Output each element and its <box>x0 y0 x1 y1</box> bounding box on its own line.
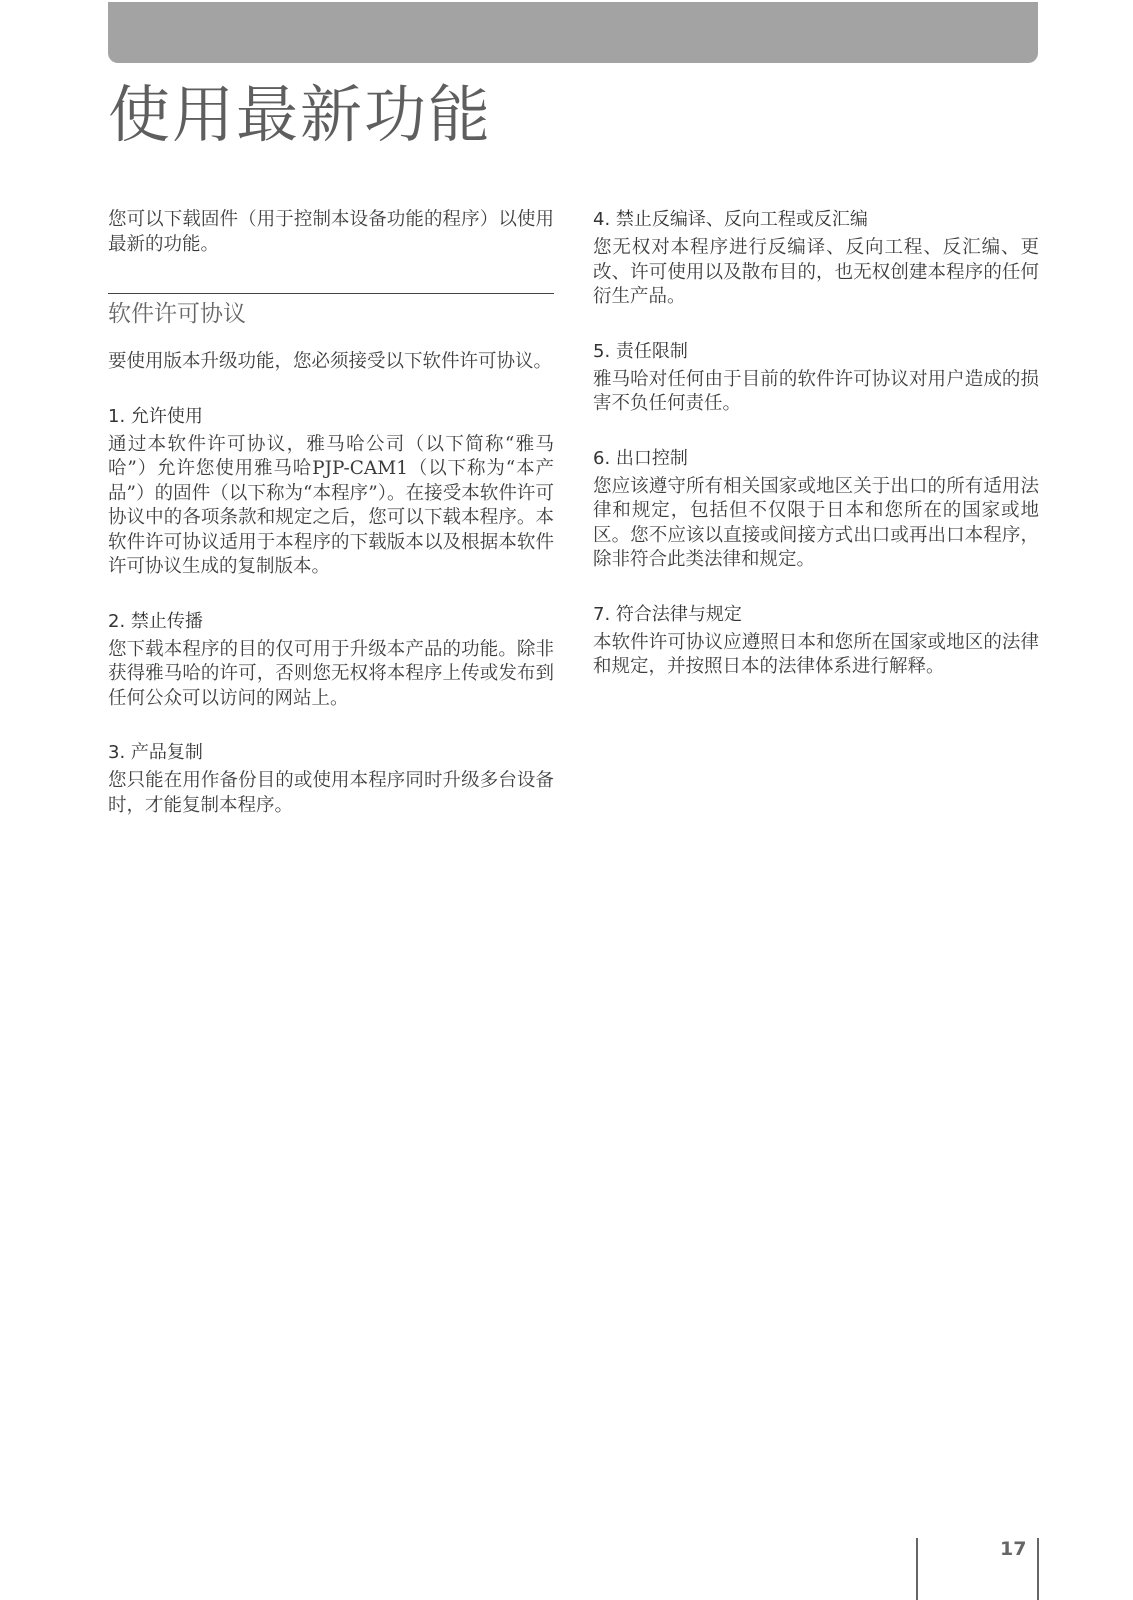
section-heading: 7. 符合法律与规定 <box>593 603 1039 627</box>
agreement-intro: 要使用版本升级功能，您必须接受以下软件许可协议。 <box>108 350 554 375</box>
section-permission: 1. 允许使用 通过本软件许可协议，雅马哈公司（以下简称“雅马哈”）允许您使用雅… <box>108 405 554 580</box>
page-title: 使用最新功能 <box>108 78 492 152</box>
section-heading: 5. 责任限制 <box>593 340 1039 364</box>
page-number: 17 <box>1000 1538 1026 1560</box>
section-heading: 4. 禁止反编译、反向工程或反汇编 <box>593 208 1039 232</box>
section-body: 雅马哈对任何由于目前的软件许可协议对用户造成的损害不负任何责任。 <box>593 368 1039 417</box>
header-bar <box>108 2 1038 63</box>
section-heading: 3. 产品复制 <box>108 741 554 765</box>
left-column: 您可以下载固件（用于控制本设备功能的程序）以使用最新的功能。 软件许可协议 要使… <box>108 208 554 848</box>
section-heading: 2. 禁止传播 <box>108 610 554 634</box>
section-copy: 3. 产品复制 您只能在用作备份目的或使用本程序同时升级多台设备时，才能复制本程… <box>108 741 554 818</box>
section-body: 通过本软件许可协议，雅马哈公司（以下简称“雅马哈”）允许您使用雅马哈PJP-CA… <box>108 433 554 580</box>
section-body: 您只能在用作备份目的或使用本程序同时升级多台设备时，才能复制本程序。 <box>108 769 554 818</box>
section-compliance: 7. 符合法律与规定 本软件许可协议应遵照日本和您所在国家或地区的法律和规定，并… <box>593 603 1039 680</box>
section-body: 您无权对本程序进行反编译、反向工程、反汇编、更改、许可使用以及散布目的，也无权创… <box>593 236 1039 310</box>
intro-paragraph: 您可以下载固件（用于控制本设备功能的程序）以使用最新的功能。 <box>108 208 554 257</box>
section-no-distribution: 2. 禁止传播 您下载本程序的目的仅可用于升级本产品的功能。除非获得雅马哈的许可… <box>108 610 554 712</box>
section-no-reverse-engineering: 4. 禁止反编译、反向工程或反汇编 您无权对本程序进行反编译、反向工程、反汇编、… <box>593 208 1039 310</box>
section-heading: 6. 出口控制 <box>593 447 1039 471</box>
section-body: 本软件许可协议应遵照日本和您所在国家或地区的法律和规定，并按照日本的法律体系进行… <box>593 631 1039 680</box>
section-body: 您应该遵守所有相关国家或地区关于出口的所有适用法律和规定，包括但不仅限于日本和您… <box>593 475 1039 573</box>
page-number-rule-right <box>1037 1538 1039 1600</box>
right-column: 4. 禁止反编译、反向工程或反汇编 您无权对本程序进行反编译、反向工程、反汇编、… <box>593 208 1039 710</box>
page-number-rule-left <box>916 1538 918 1600</box>
section-divider <box>108 293 554 294</box>
section-export-control: 6. 出口控制 您应该遵守所有相关国家或地区关于出口的所有适用法律和规定，包括但… <box>593 447 1039 573</box>
license-agreement-title: 软件许可协议 <box>108 298 554 330</box>
section-body: 您下载本程序的目的仅可用于升级本产品的功能。除非获得雅马哈的许可，否则您无权将本… <box>108 638 554 712</box>
section-liability: 5. 责任限制 雅马哈对任何由于目前的软件许可协议对用户造成的损害不负任何责任。 <box>593 340 1039 417</box>
section-heading: 1. 允许使用 <box>108 405 554 429</box>
